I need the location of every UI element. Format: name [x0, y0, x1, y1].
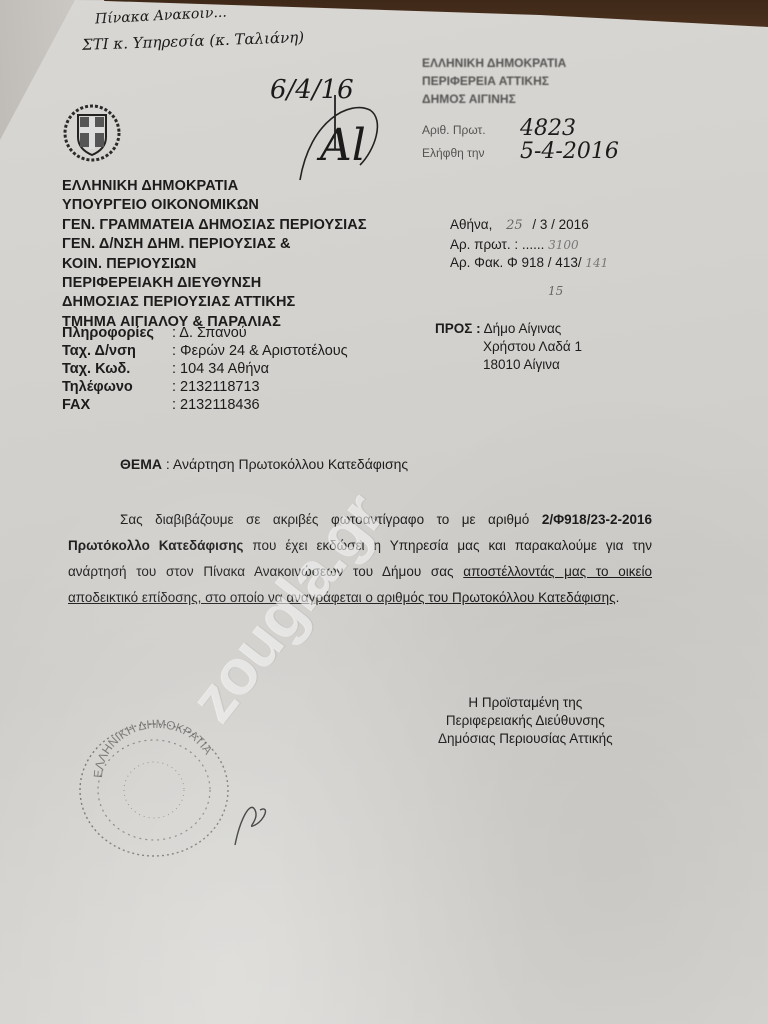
contact-value: : 2132118713	[172, 378, 260, 396]
header-line: ΔΗΜΟΣΙΑΣ ΠΕΡΙΟΥΣΙΑΣ ΑΤΤΙΚΗΣ	[62, 293, 367, 312]
stamp-protocol-value: 4823	[520, 116, 576, 141]
signature-scribble-icon	[290, 80, 380, 190]
body-end: .	[616, 590, 620, 605]
reference-protocol: Αρ. πρωτ. : ...... 3100	[450, 236, 608, 255]
protocol-value-handwritten: 3100	[548, 238, 579, 252]
handwritten-note-line2: ΣΤΙ κ. Υπηρεσία (κ. Ταλιάνη)	[82, 28, 305, 54]
signature-block: Η Προϊσταμένη της Περιφερειακής Διεύθυνσ…	[438, 694, 613, 748]
signature-line: Η Προϊσταμένη της	[438, 694, 613, 712]
seal-text: ΕΛΛΗΝΙΚΗ ΔΗΜΟΚΡΑΤΙΑ	[91, 718, 215, 778]
protocol-label: Αρ. πρωτ. : ......	[450, 237, 544, 252]
stamp-line1: ΕΛΛΗΝΙΚΗ ΔΗΜΟΚΡΑΤΙΑ	[422, 56, 566, 70]
contact-row: Πληροφορίες : Δ. Σπανού	[62, 324, 348, 342]
city-label: Αθήνα,	[450, 217, 492, 232]
recipient-line: 18010 Αίγινα	[435, 356, 582, 374]
stamp-received-label: Ελήφθη την	[422, 146, 485, 160]
contact-value: : Φερών 24 & Αριστοτέλους	[172, 342, 348, 360]
official-seal-icon: ΕΛΛΗΝΙΚΗ ΔΗΜΟΚΡΑΤΙΑ	[72, 718, 242, 868]
signature-line: Περιφερειακής Διεύθυνσης	[438, 712, 613, 730]
file-value-handwritten: 141	[585, 256, 608, 270]
contact-label: Ταχ. Κωδ.	[62, 360, 172, 378]
reference-date: Αθήνα, 25 / 3 / 2016	[450, 216, 608, 236]
stamp-received-value: 5-4-2016	[520, 139, 619, 164]
recipient-block: ΠΡΟΣ : Δήμο Αίγινας Χρήστου Λαδά 1 18010…	[435, 320, 582, 374]
contact-row: Ταχ. Κωδ. : 104 34 Αθήνα	[62, 360, 348, 378]
recipient-line: Χρήστου Λαδά 1	[435, 338, 582, 356]
contact-label: Ταχ. Δ/νση	[62, 342, 172, 360]
contact-value: : 104 34 Αθήνα	[172, 360, 269, 378]
header-line: ΥΠΟΥΡΓΕΙΟ ΟΙΚΟΝΟΜΙΚΩΝ	[62, 196, 367, 215]
contact-value: : 2132118436	[172, 396, 260, 414]
signature-line: Δημόσιας Περιουσίας Αττικής	[438, 730, 613, 748]
header-line: ΠΕΡΙΦΕΡΕΙΑΚΗ ΔΙΕΥΘΥΝΣΗ	[62, 274, 367, 293]
date-month-year: / 3 / 2016	[532, 217, 588, 232]
margin-note: 15	[548, 284, 563, 298]
contact-label: FAX	[62, 396, 172, 414]
header-line: ΓΕΝ. ΓΡΑΜΜΑΤΕΙΑ ΔΗΜΟΣΙΑΣ ΠΕΡΙΟΥΣΙΑΣ	[62, 216, 367, 235]
stamp-line3: ΔΗΜΟΣ ΑΙΓΙΝΗΣ	[422, 92, 516, 106]
reference-file: Αρ. Φακ. Φ 918 / 413/ 141	[450, 254, 608, 273]
contact-row: Ταχ. Δ/νση : Φερών 24 & Αριστοτέλους	[62, 342, 348, 360]
sender-header: ΕΛΛΗΝΙΚΗ ΔΗΜΟΚΡΑΤΙΑ ΥΠΟΥΡΓΕΙΟ ΟΙΚΟΝΟΜΙΚΩ…	[62, 177, 367, 332]
recipient-label: ΠΡΟΣ :	[435, 321, 481, 336]
subject-text: : Ανάρτηση Πρωτοκόλλου Κατεδάφισης	[162, 456, 408, 472]
subject-label: ΘΕΜΑ	[120, 456, 162, 472]
header-line: ΓΕΝ. Δ/ΝΣΗ ΔΗΜ. ΠΕΡΙΟΥΣΙΑΣ &	[62, 235, 367, 254]
seal-signature-icon	[225, 790, 275, 850]
reference-block: Αθήνα, 25 / 3 / 2016 Αρ. πρωτ. : ...... …	[450, 216, 608, 273]
contact-row: FAX : 2132118436	[62, 396, 348, 414]
stamp-line2: ΠΕΡΙΦΕΡΕΙΑ ΑΤΤΙΚΗΣ	[422, 74, 549, 88]
subject-line: ΘΕΜΑ : Ανάρτηση Πρωτοκόλλου Κατεδάφισης	[120, 456, 408, 472]
contact-row: Τηλέφωνο : 2132118713	[62, 378, 348, 396]
contact-info: Πληροφορίες : Δ. Σπανού Ταχ. Δ/νση : Φερ…	[62, 324, 348, 414]
contact-label: Πληροφορίες	[62, 324, 172, 342]
recipient-line: Δήμο Αίγινας	[484, 321, 562, 336]
handwritten-note-line1: Πίνακα Ανακοιν...	[95, 5, 227, 28]
header-line: ΕΛΛΗΝΙΚΗ ΔΗΜΟΚΡΑΤΙΑ	[62, 177, 367, 196]
contact-value: : Δ. Σπανού	[172, 324, 247, 342]
file-label: Αρ. Φακ. Φ 918 / 413/	[450, 255, 582, 270]
date-day-handwritten: 25	[506, 218, 523, 233]
header-line: ΚΟΙΝ. ΠΕΡΙΟΥΣΙΩΝ	[62, 255, 367, 274]
svg-text:ΕΛΛΗΝΙΚΗ ΔΗΜΟΚΡΑΤΙΑ: ΕΛΛΗΝΙΚΗ ΔΗΜΟΚΡΑΤΙΑ	[91, 718, 215, 778]
contact-label: Τηλέφωνο	[62, 378, 172, 396]
document-page: Πίνακα Ανακοιν... ΣΤΙ κ. Υπηρεσία (κ. Τα…	[0, 0, 768, 1024]
stamp-protocol-label: Αριθ. Πρωτ.	[422, 123, 486, 137]
greek-coat-of-arms-icon	[62, 103, 122, 165]
